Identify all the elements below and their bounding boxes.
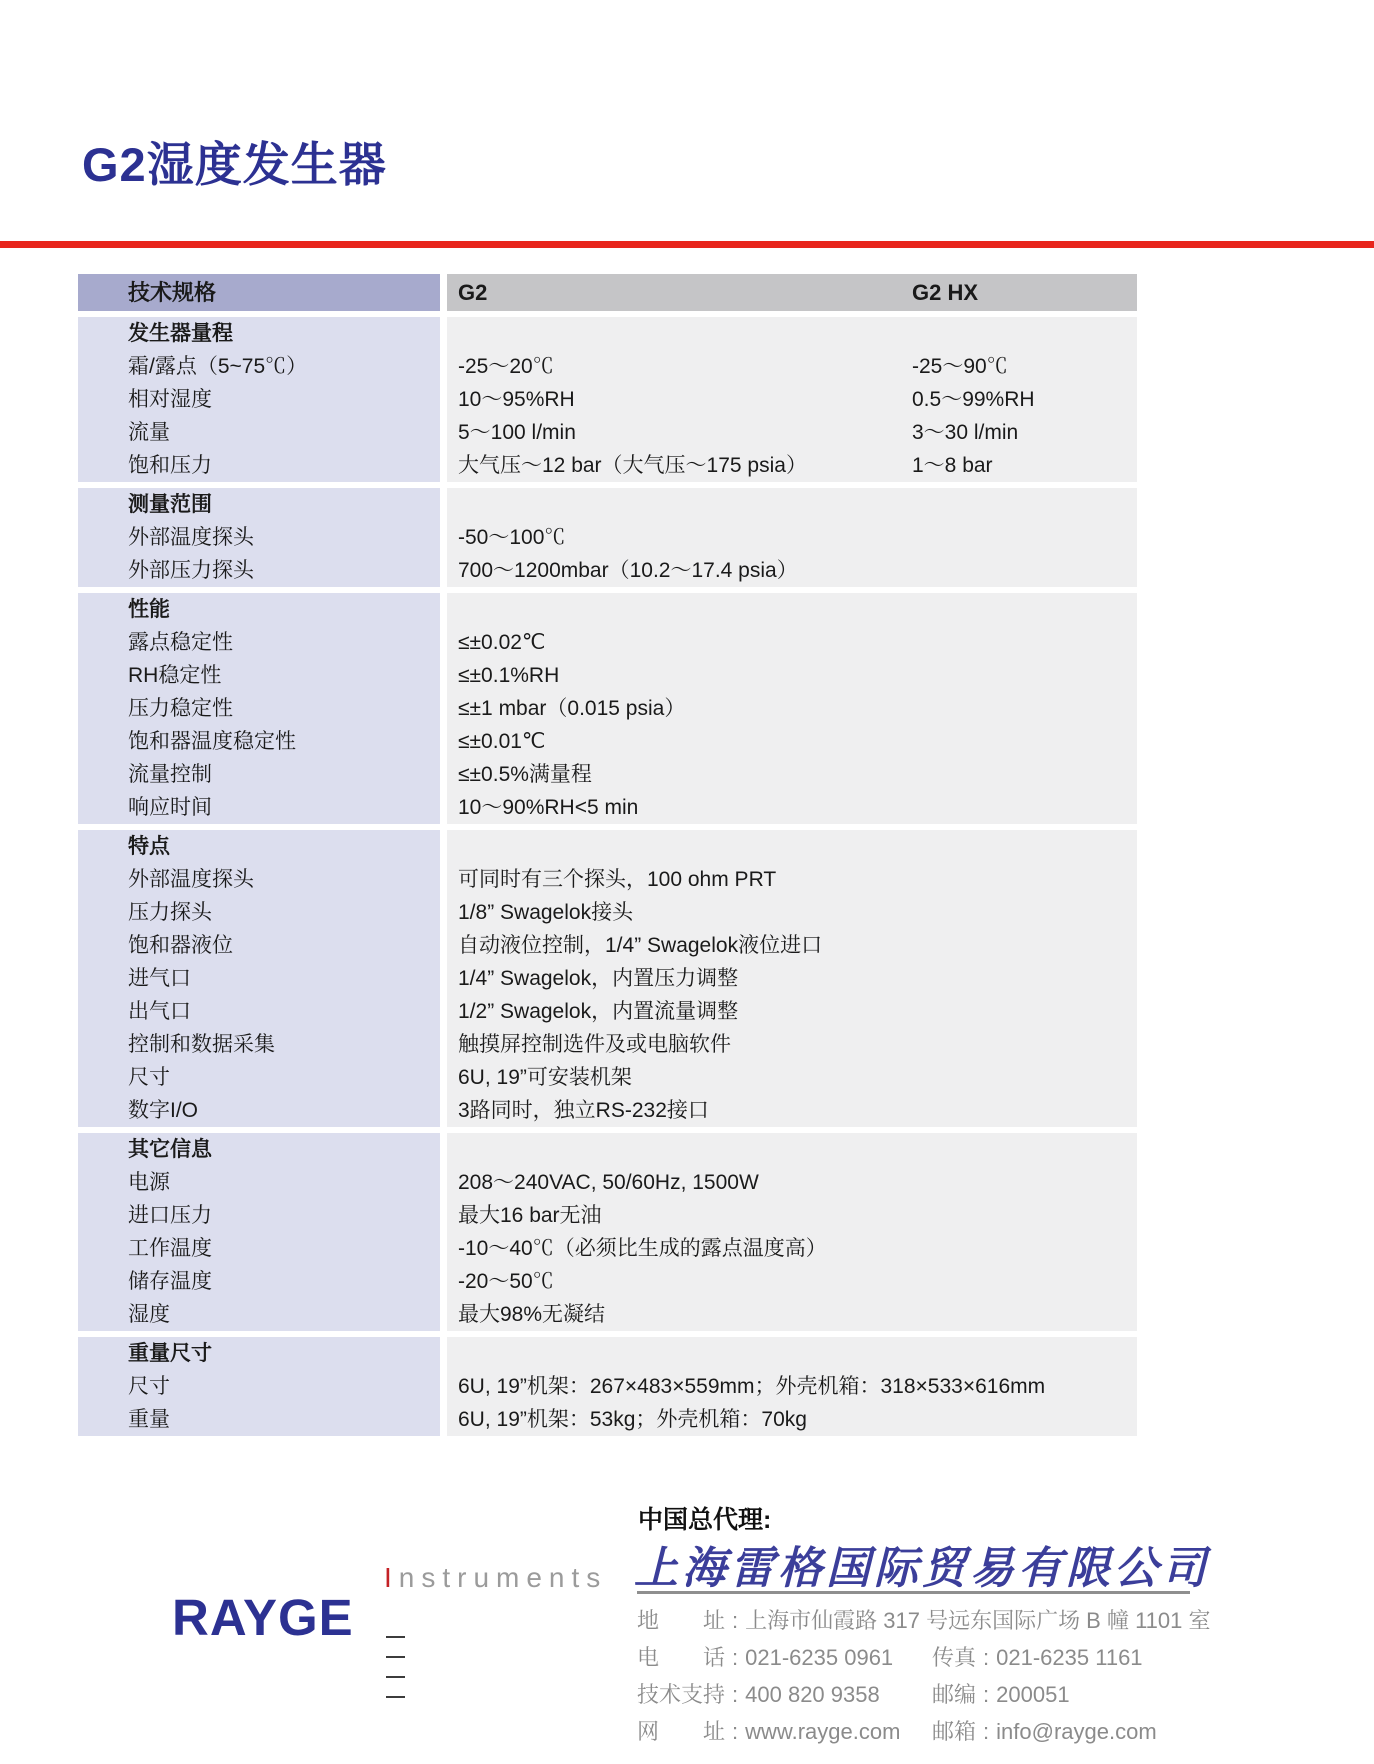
row-label: 外部温度探头 (78, 521, 440, 554)
table-section: 测量范围外部温度探头-50～100℃外部压力探头700～1200mbar（10.… (78, 488, 1137, 587)
row-label: 出气口 (78, 995, 440, 1028)
row-values: 1/8” Swagelok接头 (447, 896, 1137, 929)
spec-table: 技术规格 G2 G2 HX 发生器量程霜/露点（5~75℃）-25～20℃-25… (78, 274, 1137, 1442)
table-row: 压力稳定性≤±1 mbar（0.015 psia） (78, 692, 1137, 725)
logo-dash (386, 1636, 405, 1638)
table-section: 性能露点稳定性≤±0.02℃RH稳定性≤±0.1%RH压力稳定性≤±1 mbar… (78, 593, 1137, 824)
row-label: 控制和数据采集 (78, 1028, 440, 1061)
table-row: RH稳定性≤±0.1%RH (78, 659, 1137, 692)
row-values: 可同时有三个探头，100 ohm PRT (447, 863, 1137, 896)
table-row: 饱和压力大气压～12 bar（大气压～175 psia）1～8 bar (78, 449, 1137, 482)
logo-letter-i: I (384, 1562, 399, 1593)
g2-value: ≤±0.5%满量程 (447, 758, 592, 791)
column-header-g2: G2 (447, 280, 487, 305)
table-row: 工作温度-10～40℃（必须比生成的露点温度高） (78, 1232, 1137, 1265)
table-row: 重量6U, 19”机架：53kg；外壳机箱：70kg (78, 1403, 1137, 1436)
g2-value: -10～40℃（必须比生成的露点温度高） (447, 1232, 827, 1265)
contact-zip: 邮编:200051 (932, 1676, 1070, 1713)
row-label: 特点 (78, 830, 440, 863)
table-row: 流量5～100 l/min3～30 l/min (78, 416, 1137, 449)
row-label: 重量尺寸 (78, 1337, 440, 1370)
table-section: 特点外部温度探头可同时有三个探头，100 ohm PRT压力探头1/8” Swa… (78, 830, 1137, 1127)
row-label: 外部压力探头 (78, 554, 440, 587)
separator: : (732, 1719, 738, 1744)
section-title-row: 其它信息 (78, 1133, 1137, 1166)
table-section: 重量尺寸尺寸6U, 19”机架：267×483×559mm；外壳机箱：318×5… (78, 1337, 1137, 1436)
row-values (447, 317, 1137, 350)
row-label: 电源 (78, 1166, 440, 1199)
section-title-row: 特点 (78, 830, 1137, 863)
row-values: 3路同时，独立RS-232接口 (447, 1094, 1137, 1127)
table-row: 霜/露点（5~75℃）-25～20℃-25～90℃ (78, 350, 1137, 383)
contact-address-label: 地 址 (637, 1608, 725, 1633)
contact-row-web-email: 网 址:www.rayge.com 邮箱:info@rayge.com (637, 1713, 1257, 1750)
section-title-row: 重量尺寸 (78, 1337, 1137, 1370)
table-row: 饱和器液位自动液位控制，1/4” Swagelok液位进口 (78, 929, 1137, 962)
g2-value: ≤±0.01℃ (447, 725, 546, 758)
row-values (447, 593, 1137, 626)
section-title-row: 发生器量程 (78, 317, 1137, 350)
g2hx-value: 3～30 l/min (912, 416, 1018, 449)
page-title: G2湿度发生器 (82, 128, 387, 195)
row-values: ≤±0.1%RH (447, 659, 1137, 692)
row-label: 响应时间 (78, 791, 440, 824)
g2-value: 1/8” Swagelok接头 (447, 896, 633, 929)
row-values: 最大98%无凝结 (447, 1298, 1137, 1331)
table-row: 尺寸6U, 19”可安装机架 (78, 1061, 1137, 1094)
contact-address: 地 址:上海市仙霞路 317 号远东国际广场 B 幢 1101 室 (637, 1602, 1211, 1639)
table-section: 发生器量程霜/露点（5~75℃）-25～20℃-25～90℃相对湿度10～95%… (78, 317, 1137, 482)
separator: : (732, 1682, 738, 1707)
g2-value: 700～1200mbar（10.2～17.4 psia） (447, 554, 798, 587)
row-label: 性能 (78, 593, 440, 626)
row-values: 1/4” Swagelok，内置压力调整 (447, 962, 1137, 995)
logo-dash (386, 1656, 405, 1658)
table-section: 其它信息电源208～240VAC, 50/60Hz, 1500W进口压力最大16… (78, 1133, 1137, 1331)
g2-value: 6U, 19”可安装机架 (447, 1061, 632, 1094)
g2-value: 6U, 19”机架：53kg；外壳机箱：70kg (447, 1403, 807, 1436)
title-divider-rule (0, 241, 1374, 248)
g2-value: ≤±0.1%RH (447, 659, 559, 692)
table-row: 湿度最大98%无凝结 (78, 1298, 1137, 1331)
contact-phone-value: 021-6235 0961 (745, 1645, 893, 1670)
spec-sheet-page: G2湿度发生器 技术规格 G2 G2 HX 发生器量程霜/露点（5~75℃）-2… (0, 0, 1374, 1764)
row-label: 工作温度 (78, 1232, 440, 1265)
row-values (447, 488, 1137, 521)
g2-value: ≤±0.02℃ (447, 626, 546, 659)
table-row: 相对湿度10～95%RH0.5～99%RH (78, 383, 1137, 416)
g2-value: -20～50℃ (447, 1265, 554, 1298)
logo-dashes-decoration (386, 1636, 405, 1716)
g2-value: 大气压～12 bar（大气压～175 psia） (447, 449, 807, 482)
row-values (447, 830, 1137, 863)
contact-email: 邮箱:info@rayge.com (932, 1713, 1157, 1750)
column-header-values: G2 G2 HX (447, 274, 1137, 311)
g2-value: 6U, 19”机架：267×483×559mm；外壳机箱：318×533×616… (447, 1370, 1045, 1403)
g2-value: -50～100℃ (447, 521, 565, 554)
row-label: 尺寸 (78, 1061, 440, 1094)
contact-email-label: 邮箱 (932, 1719, 976, 1744)
company-name-calligraphy: 上海雷格国际贸易有限公司 (634, 1532, 1210, 1596)
separator: : (732, 1608, 738, 1633)
logo-dash (386, 1676, 405, 1678)
g2-value: 1/2” Swagelok，内置流量调整 (447, 995, 738, 1028)
row-values: 6U, 19”机架：267×483×559mm；外壳机箱：318×533×616… (447, 1370, 1137, 1403)
g2-value: 可同时有三个探头，100 ohm PRT (447, 863, 776, 896)
g2-value: 1/4” Swagelok，内置压力调整 (447, 962, 738, 995)
contact-address-value: 上海市仙霞路 317 号远东国际广场 B 幢 1101 室 (745, 1608, 1210, 1633)
row-values: ≤±0.02℃ (447, 626, 1137, 659)
rayge-logo-instruments: Instruments (384, 1562, 607, 1594)
section-title-row: 测量范围 (78, 488, 1137, 521)
table-row: 数字I/O3路同时，独立RS-232接口 (78, 1094, 1137, 1127)
row-label: RH稳定性 (78, 659, 440, 692)
contact-zip-label: 邮编 (932, 1682, 976, 1707)
contact-fax-label: 传真 (932, 1645, 976, 1670)
g2-value: 10～95%RH (447, 383, 575, 416)
section-title-row: 性能 (78, 593, 1137, 626)
row-label: 进口压力 (78, 1199, 440, 1232)
table-row: 储存温度-20～50℃ (78, 1265, 1137, 1298)
contact-block: 地 址:上海市仙霞路 317 号远东国际广场 B 幢 1101 室 电 话:02… (637, 1602, 1257, 1750)
table-row: 饱和器温度稳定性≤±0.01℃ (78, 725, 1137, 758)
table-row: 露点稳定性≤±0.02℃ (78, 626, 1137, 659)
contact-phone-label: 电 话 (637, 1645, 725, 1670)
contact-web: 网 址:www.rayge.com (637, 1713, 932, 1750)
row-values: 1/2” Swagelok，内置流量调整 (447, 995, 1137, 1028)
contact-zip-value: 200051 (996, 1682, 1069, 1707)
contact-support: 技术支持:400 820 9358 (637, 1676, 932, 1713)
row-label: 尺寸 (78, 1370, 440, 1403)
row-label: 外部温度探头 (78, 863, 440, 896)
row-label: 饱和器液位 (78, 929, 440, 962)
g2-value: 10～90%RH<5 min (447, 791, 638, 824)
contact-web-label: 网 址 (637, 1719, 725, 1744)
g2-value: 208～240VAC, 50/60Hz, 1500W (447, 1166, 759, 1199)
china-agent-label: 中国总代理: (638, 1500, 771, 1536)
table-row: 流量控制≤±0.5%满量程 (78, 758, 1137, 791)
row-values: 自动液位控制，1/4” Swagelok液位进口 (447, 929, 1137, 962)
contact-email-value: info@rayge.com (996, 1719, 1157, 1744)
row-values: -10～40℃（必须比生成的露点温度高） (447, 1232, 1137, 1265)
table-row: 外部温度探头可同时有三个探头，100 ohm PRT (78, 863, 1137, 896)
row-label: 进气口 (78, 962, 440, 995)
row-label: 数字I/O (78, 1094, 440, 1127)
row-values (447, 1337, 1137, 1370)
contact-row-address: 地 址:上海市仙霞路 317 号远东国际广场 B 幢 1101 室 (637, 1602, 1257, 1639)
contact-support-value: 400 820 9358 (745, 1682, 880, 1707)
row-label: 相对湿度 (78, 383, 440, 416)
row-label: 流量 (78, 416, 440, 449)
g2-value: 3路同时，独立RS-232接口 (447, 1094, 709, 1127)
row-values: 208～240VAC, 50/60Hz, 1500W (447, 1166, 1137, 1199)
g2-value: 5～100 l/min (447, 416, 576, 449)
row-label: 流量控制 (78, 758, 440, 791)
row-label: 测量范围 (78, 488, 440, 521)
separator: : (983, 1645, 989, 1670)
table-row: 外部温度探头-50～100℃ (78, 521, 1137, 554)
contact-support-label: 技术支持 (637, 1682, 725, 1707)
g2-value: 最大98%无凝结 (447, 1298, 605, 1331)
row-label: 储存温度 (78, 1265, 440, 1298)
logo-letters-nstruments: nstruments (399, 1562, 608, 1593)
logo-dash (386, 1696, 405, 1698)
row-values: 最大16 bar无油 (447, 1199, 1137, 1232)
row-label: 发生器量程 (78, 317, 440, 350)
table-header-row: 技术规格 G2 G2 HX (78, 274, 1137, 311)
g2-value: 最大16 bar无油 (447, 1199, 602, 1232)
separator: : (983, 1719, 989, 1744)
g2hx-value: 0.5～99%RH (912, 383, 1035, 416)
row-values: 10～90%RH<5 min (447, 791, 1137, 824)
contact-web-value: www.rayge.com (745, 1719, 900, 1744)
row-label: 重量 (78, 1403, 440, 1436)
g2hx-value: -25～90℃ (912, 350, 1008, 383)
rayge-logo-wordmark: RAYGE (172, 1588, 354, 1647)
table-row: 进口压力最大16 bar无油 (78, 1199, 1137, 1232)
row-values: -20～50℃ (447, 1265, 1137, 1298)
g2-value: ≤±1 mbar（0.015 psia） (447, 692, 685, 725)
table-row: 进气口1/4” Swagelok，内置压力调整 (78, 962, 1137, 995)
row-label: 压力探头 (78, 896, 440, 929)
row-values: 触摸屏控制选件及或电脑软件 (447, 1028, 1137, 1061)
table-row: 响应时间10～90%RH<5 min (78, 791, 1137, 824)
company-name-underline (637, 1591, 1190, 1594)
row-values: ≤±0.5%满量程 (447, 758, 1137, 791)
table-row: 电源208～240VAC, 50/60Hz, 1500W (78, 1166, 1137, 1199)
row-values: -25～20℃-25～90℃ (447, 350, 1137, 383)
row-label: 其它信息 (78, 1133, 440, 1166)
contact-row-support-zip: 技术支持:400 820 9358 邮编:200051 (637, 1676, 1257, 1713)
table-body: 发生器量程霜/露点（5~75℃）-25～20℃-25～90℃相对湿度10～95%… (78, 317, 1137, 1436)
g2-value: -25～20℃ (447, 350, 554, 383)
separator: : (983, 1682, 989, 1707)
row-values: -50～100℃ (447, 521, 1137, 554)
row-values: 5～100 l/min3～30 l/min (447, 416, 1137, 449)
row-values: 6U, 19”机架：53kg；外壳机箱：70kg (447, 1403, 1137, 1436)
row-values: 6U, 19”可安装机架 (447, 1061, 1137, 1094)
row-label: 压力稳定性 (78, 692, 440, 725)
contact-fax: 传真:021-6235 1161 (932, 1639, 1143, 1676)
contact-phone: 电 话:021-6235 0961 (637, 1639, 932, 1676)
row-label: 露点稳定性 (78, 626, 440, 659)
g2hx-value: 1～8 bar (912, 449, 993, 482)
row-label: 饱和压力 (78, 449, 440, 482)
table-row: 出气口1/2” Swagelok，内置流量调整 (78, 995, 1137, 1028)
table-row: 压力探头1/8” Swagelok接头 (78, 896, 1137, 929)
contact-fax-value: 021-6235 1161 (996, 1645, 1142, 1670)
g2-value: 自动液位控制，1/4” Swagelok液位进口 (447, 929, 822, 962)
row-values: 700～1200mbar（10.2～17.4 psia） (447, 554, 1137, 587)
row-label: 饱和器温度稳定性 (78, 725, 440, 758)
row-values: 10～95%RH0.5～99%RH (447, 383, 1137, 416)
row-values: 大气压～12 bar（大气压～175 psia）1～8 bar (447, 449, 1137, 482)
row-values: ≤±0.01℃ (447, 725, 1137, 758)
contact-row-phone-fax: 电 话:021-6235 0961 传真:021-6235 1161 (637, 1639, 1257, 1676)
row-values: ≤±1 mbar（0.015 psia） (447, 692, 1137, 725)
column-header-spec: 技术规格 (78, 274, 440, 311)
row-values (447, 1133, 1137, 1166)
table-row: 外部压力探头700～1200mbar（10.2～17.4 psia） (78, 554, 1137, 587)
table-row: 控制和数据采集触摸屏控制选件及或电脑软件 (78, 1028, 1137, 1061)
table-row: 尺寸6U, 19”机架：267×483×559mm；外壳机箱：318×533×6… (78, 1370, 1137, 1403)
column-header-g2hx: G2 HX (912, 274, 978, 311)
separator: : (732, 1645, 738, 1670)
row-label: 湿度 (78, 1298, 440, 1331)
row-label: 霜/露点（5~75℃） (78, 350, 440, 383)
g2-value: 触摸屏控制选件及或电脑软件 (447, 1028, 731, 1061)
